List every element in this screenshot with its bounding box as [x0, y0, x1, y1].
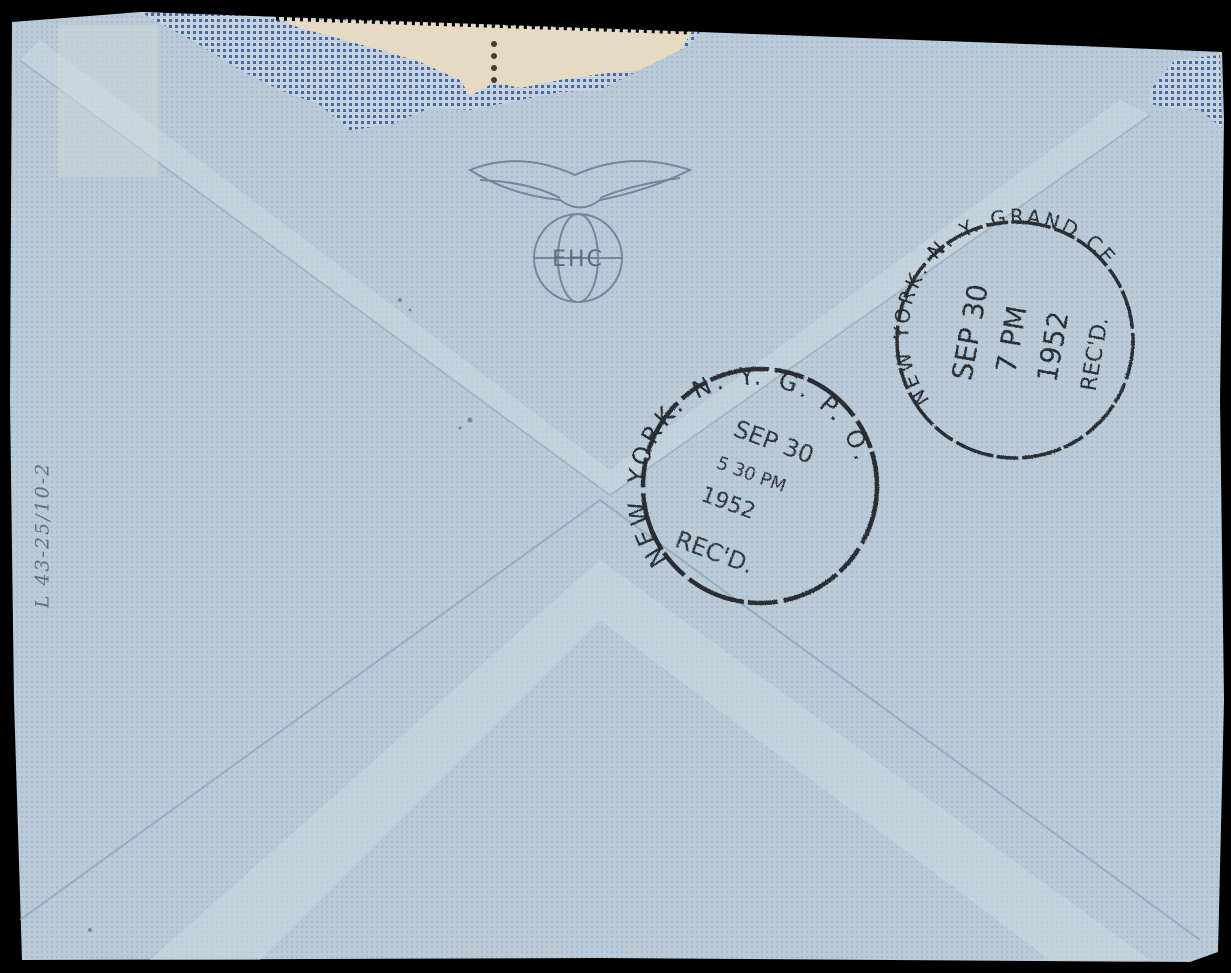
ehc-monogram: EHC: [552, 247, 604, 272]
pencil-notation: L 43-25/10-2: [22, 380, 62, 690]
pencil-note-text: L 43-25/10-2: [31, 462, 53, 609]
envelope-photo: EHC NEW YORK. N. Y. GRAND CENTRAL STA. S…: [0, 0, 1231, 973]
tape-patch: [58, 25, 158, 177]
